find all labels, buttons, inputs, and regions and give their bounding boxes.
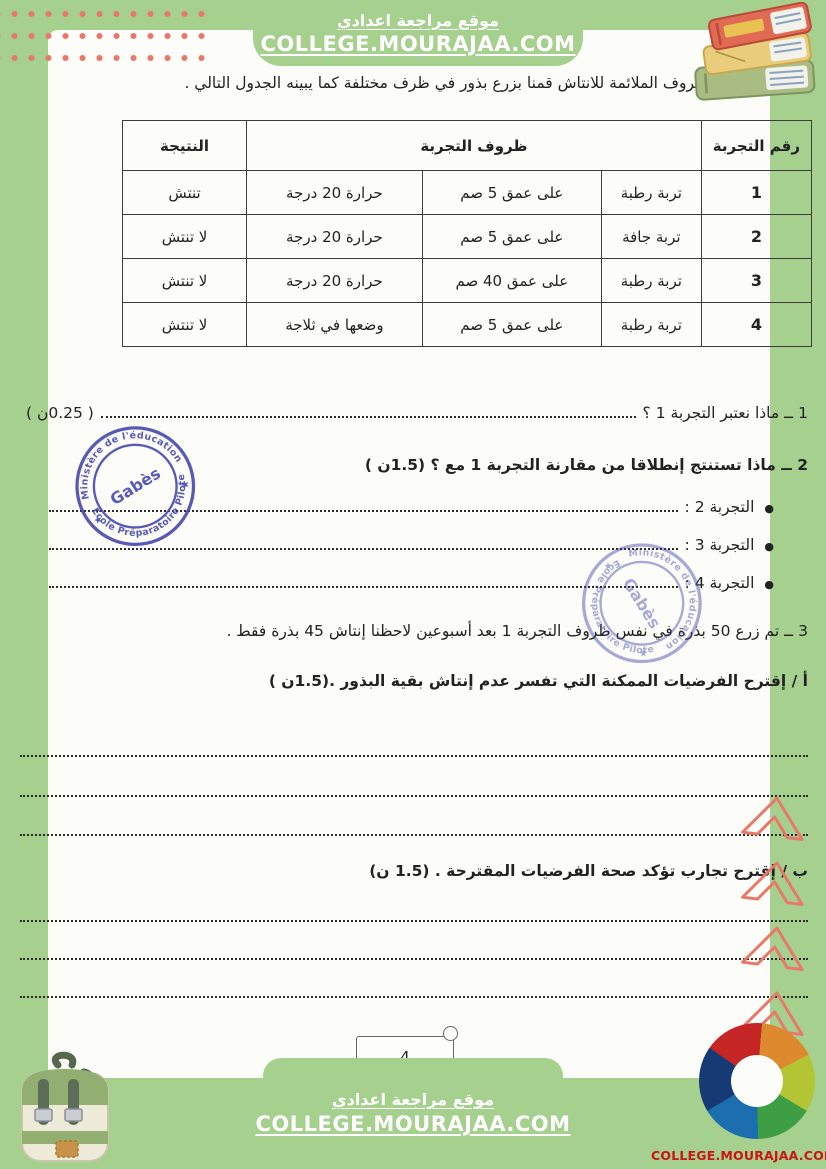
cell-soil: تربة رطبة	[601, 303, 701, 347]
cell-depth: على عمق 40 صم	[422, 259, 601, 303]
table-row: 4 تربة رطبة على عمق 5 صم وضعها في ثلاجة …	[123, 303, 812, 347]
cell-exp-number: 1	[701, 171, 811, 215]
answer-line	[20, 920, 808, 922]
question-3a-text: أ / إقترح الفرضيات الممكنة التي تفسر عدم…	[269, 672, 808, 690]
books-stack-icon	[686, 2, 824, 106]
experiments-table: رقم التجربة ظروف التجربة النتيجة 1 تربة …	[122, 120, 812, 347]
table-row: 2 تربة جافة على عمق 5 صم حرارة 20 درجة ل…	[123, 215, 812, 259]
cell-depth: على عمق 5 صم	[422, 171, 601, 215]
col-header-result: النتيجة	[123, 121, 247, 171]
bullet-dot-icon: ●	[764, 502, 774, 515]
cell-temperature: حرارة 20 درجة	[247, 215, 423, 259]
answer-line	[20, 834, 808, 836]
col-header-experiment-number: رقم التجربة	[701, 121, 811, 171]
cell-result: تنتش	[123, 171, 247, 215]
cell-temperature: وضعها في ثلاجة	[247, 303, 423, 347]
question-3b: ب / إقترح تجارب تؤكد صحة الفرضيات المقتر…	[26, 862, 808, 880]
question-3a: أ / إقترح الفرضيات الممكنة التي تفسر عدم…	[26, 672, 808, 690]
col-header-conditions: ظروف التجربة	[247, 121, 702, 171]
question-1-text: 1 ــ ماذا نعتبر التجربة 1 ؟	[643, 404, 808, 422]
dot-grid-pattern	[0, 0, 206, 64]
header-site-name: موقع مراجعة اعدادي	[337, 11, 499, 30]
footer-tab	[263, 1058, 563, 1078]
cell-result: لا تنتش	[123, 215, 247, 259]
cell-exp-number: 3	[701, 259, 811, 303]
backpack-icon	[6, 1043, 126, 1169]
cell-soil: تربة رطبة	[601, 171, 701, 215]
chevron-up-icon	[738, 912, 812, 976]
answer-line	[20, 795, 808, 797]
answer-line	[20, 996, 808, 998]
cell-soil: تربة رطبة	[601, 259, 701, 303]
table-row: 1 تربة رطبة على عمق 5 صم حرارة 20 درجة ت…	[123, 171, 812, 215]
ring-hole	[731, 1055, 783, 1107]
table-header-row: رقم التجربة ظروف التجربة النتيجة	[123, 121, 812, 171]
scroll-curl-icon	[443, 1026, 458, 1041]
cell-result: لا تنتش	[123, 259, 247, 303]
stamp-center-text: Gabès	[619, 575, 665, 632]
question-2-text: 2 ــ ماذا تستنتج إنطلاقا من مقارنة التجر…	[365, 456, 808, 474]
cell-result: لا تنتش	[123, 303, 247, 347]
subjects-ring-logo-icon	[699, 1023, 815, 1139]
cell-temperature: حرارة 20 درجة	[247, 171, 423, 215]
table-row: 3 تربة رطبة على عمق 40 صم حرارة 20 درجة …	[123, 259, 812, 303]
item-label: التجربة 2 :	[685, 498, 755, 516]
cell-exp-number: 4	[701, 303, 811, 347]
chevron-up-icon	[738, 847, 812, 911]
bullet-dot-icon: ●	[764, 540, 774, 553]
header-banner: موقع مراجعة اعدادي COLLEGE.MOURAJAA.COM	[253, 0, 583, 66]
stamp-center-text: Gabès	[107, 463, 164, 509]
chevron-up-icon	[738, 782, 812, 846]
question-1-points: ( 0.25ن )	[26, 404, 94, 422]
item-label: التجربة 3 :	[685, 536, 755, 554]
footer-site-name: موقع مراجعة اعدادي	[332, 1090, 494, 1109]
logo-caption: COLLEGE.MOURAJAA.COM	[651, 1148, 826, 1163]
answer-blank	[101, 404, 636, 418]
answer-line	[20, 755, 808, 757]
chevron-decoration	[733, 786, 817, 1037]
cell-depth: على عمق 5 صم	[422, 215, 601, 259]
header-site-url-link[interactable]: COLLEGE.MOURAJAA.COM	[260, 32, 575, 56]
cell-temperature: حرارة 20 درجة	[247, 259, 423, 303]
answer-line	[20, 958, 808, 960]
cell-exp-number: 2	[701, 215, 811, 259]
cell-soil: تربة جافة	[601, 215, 701, 259]
bullet-dot-icon: ●	[764, 578, 774, 591]
footer-site-url-link[interactable]: COLLEGE.MOURAJAA.COM	[255, 1112, 570, 1136]
cell-depth: على عمق 5 صم	[422, 303, 601, 347]
scanned-worksheet-page: { "header": { "site_name": "موقع مراجعة …	[0, 0, 826, 1169]
